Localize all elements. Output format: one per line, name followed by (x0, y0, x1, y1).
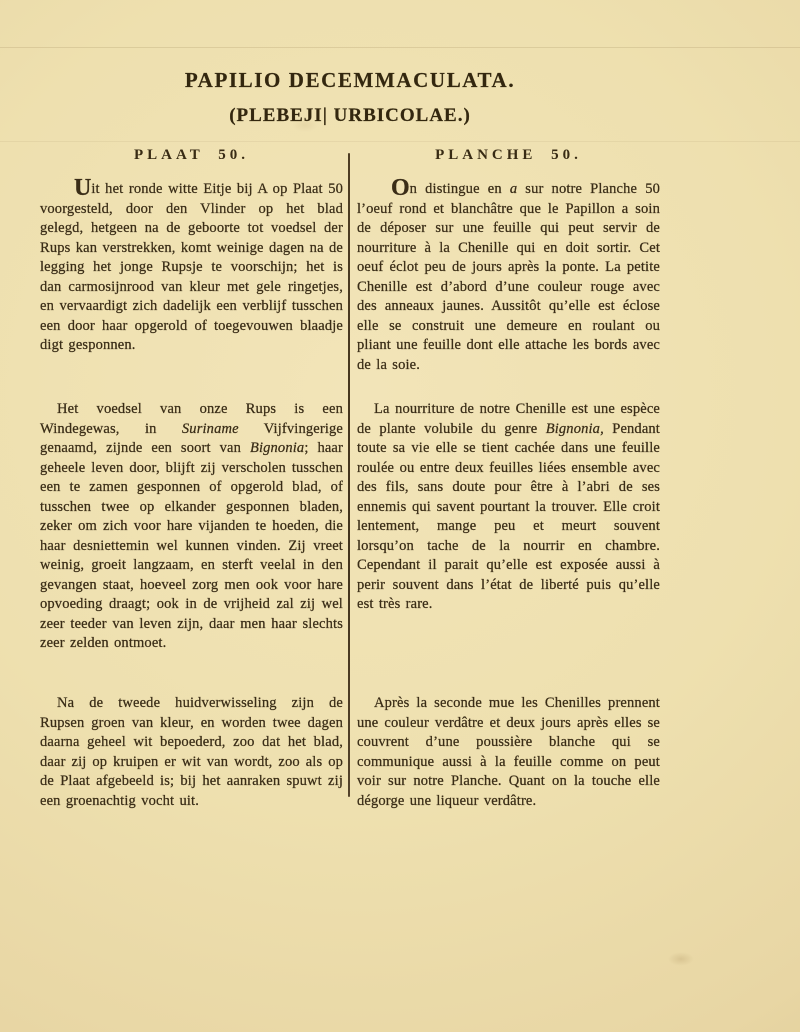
text-run: sur notre Planche 50 l’oeuf rond et blan… (357, 181, 660, 373)
right-column-header: PLANCHE 50. (357, 147, 660, 164)
scanned-book-page: PAPILIO DECEMMACULATA. (PLEBEJI| URBICOL… (0, 0, 800, 1032)
paragraph: Het voedsel van onze Rups is een Windege… (40, 400, 343, 654)
left-column-dutch: PLAAT 50. Uit het ronde witte Eitje bij … (40, 0, 343, 1032)
paragraph: Après la seconde mue les Chenilles prenn… (357, 694, 660, 811)
paragraph: Na de tweede huidverwisseling zijn de Ru… (40, 694, 343, 811)
italic-text-run: Bignonia, (546, 421, 604, 437)
column-divider-rule (348, 153, 350, 797)
paragraph: La nourriture de notre Chenille est une … (357, 400, 660, 615)
text-run: Après la seconde mue les Chenilles prenn… (357, 695, 660, 809)
paragraph: On distingue en a sur notre Planche 50 l… (357, 180, 660, 375)
text-run: ; haar geheele leven door, blijft zij ve… (40, 440, 343, 651)
paper-stain (668, 952, 694, 966)
text-run: it het ronde witte Eitje bij A op Plaat … (40, 181, 343, 353)
right-column-french: PLANCHE 50. On distingue en a sur notre … (357, 0, 660, 1032)
text-run: n distingue en (410, 181, 510, 197)
text-run: Na de tweede huidverwisseling zijn de Ru… (40, 695, 343, 809)
text-run: Pendant toute sa vie elle se tient caché… (357, 421, 660, 613)
paragraph: Uit het ronde witte Eitje bij A op Plaat… (40, 180, 343, 356)
left-column-header: PLAAT 50. (40, 147, 343, 164)
italic-text-run: Suriname (182, 421, 239, 437)
italic-text-run: Bignonia (250, 440, 304, 456)
